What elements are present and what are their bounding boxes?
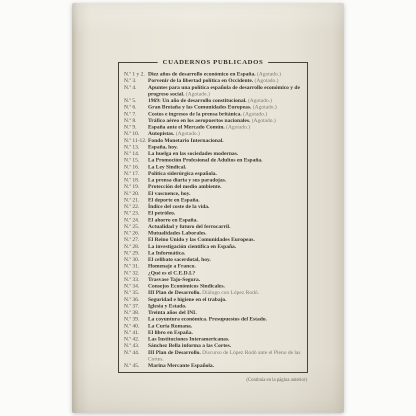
item-title: Costos e ingresos de la prensa británica… (148, 111, 242, 117)
item-title: El deporte en España. (148, 197, 200, 203)
item-number: N.º 24. (124, 217, 148, 224)
item-title: Seguridad e higiene en el trabajo. (148, 296, 227, 302)
item-number: N.º 25. (124, 223, 148, 230)
list-item: N.º 28. La investigación científica en E… (124, 243, 303, 250)
list-item: N.º 15. La Promoción Profesional de Adul… (124, 157, 303, 164)
list-item: N.º 3. Porvenir de la libertad política … (124, 78, 303, 85)
item-note: (Agotado.) (176, 131, 200, 137)
item-text: Homenaje a Franco. (148, 263, 303, 270)
item-text: 1969: Un año de desarrollo constituciona… (148, 98, 303, 105)
item-title: Las Instituciones Interamericanas. (148, 336, 229, 342)
item-text: La Curia Romana. (148, 323, 303, 330)
item-title: Protección del medio ambiente. (148, 184, 222, 190)
item-number: N.º 13. (124, 144, 148, 151)
item-number: N.º 23. (124, 210, 148, 217)
list-item: N.º 5. 1969: Un año de desarrollo consti… (124, 98, 303, 105)
item-text: ¿Qué es el C.E.D.I.? (148, 270, 303, 277)
item-number: N.º 43. (124, 343, 148, 350)
list-item: N.º 25. Actualidad y futuro del ferrocar… (124, 223, 303, 230)
item-number: N.º 44. (124, 349, 148, 362)
item-title: La Promoción Profesional de Adultos en E… (148, 157, 263, 163)
item-text: Porvenir de la libertad política en Occi… (148, 78, 303, 85)
item-text: Las Instituciones Interamericanas. (148, 336, 303, 343)
item-note: (Agotado.) (255, 78, 279, 84)
item-text: Política siderúrgica española. (148, 170, 303, 177)
item-text: Protección del medio ambiente. (148, 184, 303, 191)
item-text: Treinta años del INI. (148, 310, 303, 317)
item-title: Apuntes para una política española de de… (148, 84, 300, 97)
item-number: N.º 35. (124, 290, 148, 297)
item-text: Mutualidades Laborales. (148, 230, 303, 237)
item-title: La prensa diaria y sus paradojas. (148, 177, 226, 183)
list-item: N.º 32. ¿Qué es el C.E.D.I.? (124, 270, 303, 277)
item-note: (Agotado.) (252, 117, 276, 123)
list-item: N.º 17. Política siderúrgica española. (124, 170, 303, 177)
list-item: N.º 41. El libro en España. (124, 329, 303, 336)
continuation-note: (Continúa en la página anterior) (118, 378, 308, 383)
item-text: España ante el Mercado Común. (Agotado.) (148, 124, 303, 131)
list-item: N.º 26. Mutualidades Laborales. (124, 230, 303, 237)
item-text: La Informática. (148, 250, 303, 257)
item-title: La Informática. (148, 250, 185, 256)
item-number: N.º 14. (124, 151, 148, 158)
item-text: El celibato sacerdotal, hoy. (148, 257, 303, 264)
item-number: N.º 1 y 2. (124, 71, 148, 78)
list-item: N.º 6. Gran Bretaña y las Comunidades Eu… (124, 104, 303, 111)
item-number: N.º 26. (124, 230, 148, 237)
item-title: Diez años de desarrollo económico en Esp… (148, 71, 256, 77)
item-title: La coyuntura económica. Presupuestos del… (148, 316, 267, 322)
item-number: N.º 9. (124, 124, 148, 131)
item-text: El vascuence, hoy. (148, 190, 303, 197)
list-item: N.º 19. Protección del medio ambiente. (124, 184, 303, 191)
list-item: N.º 29. La Informática. (124, 250, 303, 257)
item-number: N.º 8. (124, 117, 148, 124)
list-item: N.º 37. Iglesia y Estado. (124, 303, 303, 310)
item-text: España, hoy. (148, 144, 303, 151)
list-item: N.º 10. Autopistas. (Agotado.) (124, 131, 303, 138)
item-number: N.º 6. (124, 104, 148, 111)
item-text: Gran Bretaña y las Comunidades Europeas.… (148, 104, 303, 111)
item-number: N.º 4. (124, 84, 148, 97)
item-text: La Promoción Profesional de Adultos en E… (148, 157, 303, 164)
item-number: N.º 45. (124, 363, 148, 370)
item-text: Actualidad y futuro del ferrocarril. (148, 223, 303, 230)
list-item: N.º 27. El Reino Unido y las Comunidades… (124, 237, 303, 244)
item-title: La Curia Romana. (148, 323, 192, 329)
item-number: N.º 37. (124, 303, 148, 310)
item-number: N.º 31. (124, 263, 148, 270)
item-number: N.º 19. (124, 184, 148, 191)
item-text: Apuntes para una política española de de… (148, 84, 303, 97)
item-text: Trasvase Tajo-Segura. (148, 276, 303, 283)
item-number: N.º 20. (124, 190, 148, 197)
item-number: N.º 7. (124, 111, 148, 118)
item-text: La prensa diaria y sus paradojas. (148, 177, 303, 184)
item-number: N.º 33. (124, 276, 148, 283)
item-title: La huelga en las sociedades modernas. (148, 151, 238, 157)
item-text: El petróleo. (148, 210, 303, 217)
item-title: La Ley Sindical. (148, 164, 186, 170)
item-text: El ahorro en España. (148, 217, 303, 224)
item-title: El vascuence, hoy. (148, 190, 190, 196)
list-item: N.º 13. España, hoy. (124, 144, 303, 151)
item-text: El deporte en España. (148, 197, 303, 204)
item-note: (Agotado.) (248, 98, 272, 104)
item-number: N.º 34. (124, 283, 148, 290)
item-title: Actualidad y futuro del ferrocarril. (148, 223, 230, 229)
item-number: N.º 27. (124, 237, 148, 244)
item-title: Fondo Monetario Internacional. (148, 137, 224, 143)
list-item: N.º 11-12. Fondo Monetario Internacional… (124, 137, 303, 144)
item-note: (Agotado.) (226, 124, 250, 130)
list-item: N.º 21. El deporte en España. (124, 197, 303, 204)
item-note: (Agotado.) (257, 71, 281, 77)
list-item: N.º 34. Consejos Económicos Sindicales. (124, 283, 303, 290)
item-number: N.º 22. (124, 204, 148, 211)
item-title: Sánchez Bella informa a las Cortes. (148, 343, 231, 349)
item-text: La Ley Sindical. (148, 164, 303, 171)
item-title: Marina Mercante Española. (148, 363, 214, 369)
item-title: 1969: Un año de desarrollo constituciona… (148, 98, 247, 104)
item-text: Sánchez Bella informa a las Cortes. (148, 343, 303, 350)
item-title: Gran Bretaña y las Comunidades Europeas. (148, 104, 251, 110)
item-text: Fondo Monetario Internacional. (148, 137, 303, 144)
list-item: N.º 24. El ahorro en España. (124, 217, 303, 224)
item-note: (Agotado.) (243, 111, 267, 117)
item-text: Índice del coste de la vida. (148, 204, 303, 211)
item-title: Mutualidades Laborales. (148, 230, 207, 236)
item-title: III Plan de Desarrollo. (148, 349, 201, 355)
item-number: N.º 41. (124, 329, 148, 336)
item-title: Iglesia y Estado. (148, 303, 186, 309)
published-list-box: CUADERNOS PUBLICADOS N.º 1 y 2. Diez año… (118, 62, 308, 373)
item-number: N.º 18. (124, 177, 148, 184)
item-title: Porvenir de la libertad política en Occi… (148, 78, 253, 84)
item-title: España ante el Mercado Común. (148, 124, 225, 130)
item-number: N.º 36. (124, 296, 148, 303)
list-item: N.º 18. La prensa diaria y sus paradojas… (124, 177, 303, 184)
list-header: CUADERNOS PUBLICADOS (158, 58, 269, 66)
list-item: N.º 22. Índice del coste de la vida. (124, 204, 303, 211)
item-text: Diez años de desarrollo económico en Esp… (148, 71, 303, 78)
item-number: N.º 5. (124, 98, 148, 105)
item-text: La investigación científica en España. (148, 243, 303, 250)
list-item: N.º 45. Marina Mercante Española. (124, 363, 303, 370)
list-item: N.º 1 y 2. Diez años de desarrollo econó… (124, 71, 303, 78)
item-number: N.º 40. (124, 323, 148, 330)
list-item: N.º 20. El vascuence, hoy. (124, 190, 303, 197)
item-number: N.º 3. (124, 78, 148, 85)
list-item: N.º 42. Las Instituciones Interamericana… (124, 336, 303, 343)
list-item: N.º 23. El petróleo. (124, 210, 303, 217)
item-number: N.º 21. (124, 197, 148, 204)
item-title: La investigación científica en España. (148, 243, 236, 249)
item-title: El ahorro en España. (148, 217, 198, 223)
item-title: Índice del coste de la vida. (148, 204, 209, 210)
item-text: Tráfico aéreo en los aeropuertos naciona… (148, 117, 303, 124)
item-note: Diálogo con López Rodó. (202, 290, 259, 296)
item-number: N.º 39. (124, 316, 148, 323)
item-title: Consejos Económicos Sindicales. (148, 283, 225, 289)
list-item: N.º 38. Treinta años del INI. (124, 310, 303, 317)
page-content: CUADERNOS PUBLICADOS N.º 1 y 2. Diez año… (118, 62, 314, 383)
item-title: Trasvase Tajo-Segura. (148, 276, 200, 282)
item-title: Homenaje a Franco. (148, 263, 196, 269)
item-number: N.º 42. (124, 336, 148, 343)
list-item: N.º 4. Apuntes para una política español… (124, 84, 303, 97)
item-note: (Agotado.) (186, 91, 210, 97)
item-title: Autopistas. (148, 131, 174, 137)
item-number: N.º 29. (124, 250, 148, 257)
item-title: El Reino Unido y las Comunidades Europea… (148, 237, 255, 243)
item-text: Costos e ingresos de la prensa británica… (148, 111, 303, 118)
item-title: El libro en España. (148, 329, 193, 335)
item-number: N.º 11-12. (124, 137, 148, 144)
item-text: La huelga en las sociedades modernas. (148, 151, 303, 158)
list-item: N.º 8. Tráfico aéreo en los aeropuertos … (124, 117, 303, 124)
item-number: N.º 10. (124, 131, 148, 138)
item-number: N.º 17. (124, 170, 148, 177)
list-item: N.º 40. La Curia Romana. (124, 323, 303, 330)
list-item: N.º 35. III Plan de Desarrollo. Diálogo … (124, 290, 303, 297)
item-number: N.º 30. (124, 257, 148, 264)
item-title: España, hoy. (148, 144, 178, 150)
list-item: N.º 43. Sánchez Bella informa a las Cort… (124, 343, 303, 350)
published-list: N.º 1 y 2. Diez años de desarrollo econó… (119, 63, 307, 369)
item-title: El petróleo. (148, 210, 175, 216)
item-number: N.º 28. (124, 243, 148, 250)
item-title: Treinta años del INI. (148, 310, 197, 316)
item-text: El Reino Unido y las Comunidades Europea… (148, 237, 303, 244)
item-text: Iglesia y Estado. (148, 303, 303, 310)
item-text: Consejos Económicos Sindicales. (148, 283, 303, 290)
item-title: Tráfico aéreo en los aeropuertos naciona… (148, 117, 250, 123)
item-number: N.º 32. (124, 270, 148, 277)
item-number: N.º 38. (124, 310, 148, 317)
list-item: N.º 7. Costos e ingresos de la prensa br… (124, 111, 303, 118)
list-item: N.º 39. La coyuntura económica. Presupue… (124, 316, 303, 323)
item-text: Autopistas. (Agotado.) (148, 131, 303, 138)
item-number: N.º 16. (124, 164, 148, 171)
list-item: N.º 30. El celibato sacerdotal, hoy. (124, 257, 303, 264)
list-item: N.º 33. Trasvase Tajo-Segura. (124, 276, 303, 283)
list-item: N.º 14. La huelga en las sociedades mode… (124, 151, 303, 158)
list-item: N.º 36. Seguridad e higiene en el trabaj… (124, 296, 303, 303)
list-item: N.º 9. España ante el Mercado Común. (Ag… (124, 124, 303, 131)
item-title: Política siderúrgica española. (148, 170, 217, 176)
item-title: El celibato sacerdotal, hoy. (148, 257, 211, 263)
item-text: Marina Mercante Española. (148, 363, 303, 370)
item-note: (Agotado.) (253, 104, 277, 110)
list-item: N.º 44. III Plan de Desarrollo. Discurso… (124, 349, 303, 362)
list-item: N.º 16. La Ley Sindical. (124, 164, 303, 171)
item-text: III Plan de Desarrollo. Discurso de Lópe… (148, 349, 303, 362)
item-text: La coyuntura económica. Presupuestos del… (148, 316, 303, 323)
book-page: CUADERNOS PUBLICADOS N.º 1 y 2. Diez año… (72, 3, 344, 413)
item-text: Seguridad e higiene en el trabajo. (148, 296, 303, 303)
item-title: ¿Qué es el C.E.D.I.? (148, 270, 195, 276)
item-text: III Plan de Desarrollo. Diálogo con Lópe… (148, 290, 303, 297)
list-item: N.º 31. Homenaje a Franco. (124, 263, 303, 270)
item-number: N.º 15. (124, 157, 148, 164)
item-text: El libro en España. (148, 329, 303, 336)
item-title: III Plan de Desarrollo. (148, 290, 201, 296)
